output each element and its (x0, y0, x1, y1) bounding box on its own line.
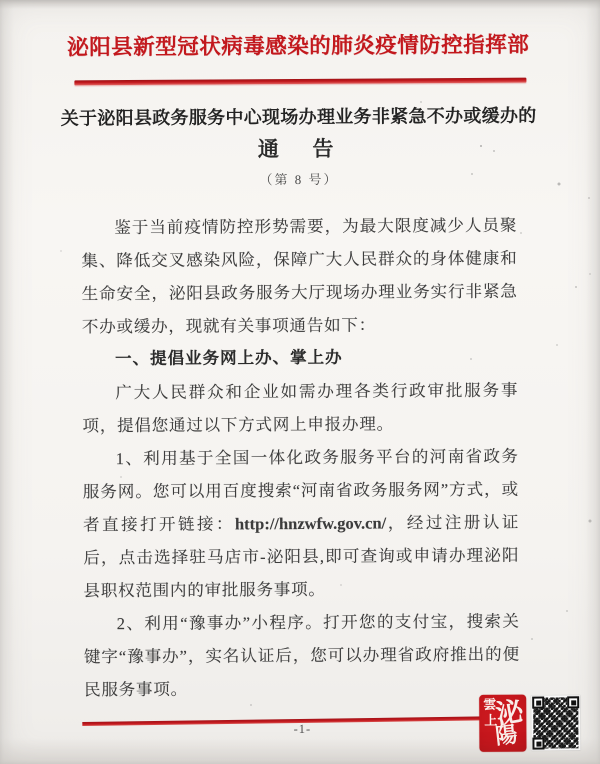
qr-code-icon (531, 695, 580, 750)
doc-body: 鉴于当前疫情防控形势需要，为最大限度减少人员聚集、降低交叉感染风险，保障广大人民… (81, 209, 520, 707)
yunshang-biyang-stamp-icon: 雲 上 泌 陽 (479, 695, 526, 752)
header-divider (74, 78, 526, 86)
service-portal-url: http://hnzwfw.gov.cn/ (235, 513, 386, 533)
doc-title: 关于泌阳县政务服务中心现场办理业务非紧急不办或缓办的 (0, 101, 599, 131)
doc-issue-number: （第 8 号） (0, 167, 599, 190)
qr-finder-top-right (567, 696, 579, 708)
header-org-title: 泌阳县新型冠状病毒感染的肺炎疫情防控指挥部 (0, 27, 598, 62)
qr-finder-top-left (532, 697, 544, 709)
qr-finder-bottom-left (532, 738, 544, 750)
scan-content: 泌阳县新型冠状病毒感染的肺炎疫情防控指挥部 关于泌阳县政务服务中心现场办理业务非… (0, 0, 600, 764)
paragraph-method-2: 2、利用“豫事办”小程序。打开您的支付宝，搜索关键字“豫事办”，实名认证后，您可… (84, 605, 521, 707)
stamp-char-4: 陽 (494, 724, 518, 748)
doc-subtitle: 通 告 (0, 131, 599, 165)
paragraph-method-1: 1、利用基于全国一体化政务服务平台的河南省政务服务网。您可以用百度搜索“河南省政… (83, 440, 520, 608)
document-page: 泌阳县新型冠状病毒感染的肺炎疫情防控指挥部 关于泌阳县政务服务中心现场办理业务非… (0, 0, 600, 764)
section-1-heading: 一、提倡业务网上办、掌上办 (82, 341, 518, 377)
paragraph-intro: 鉴于当前疫情防控形势需要，为最大限度减少人员聚集、降低交叉感染风险，保障广大人民… (81, 209, 518, 344)
paragraph-online-guide: 广大人民群众和企业如需办理各类行政审批服务事项，提倡您通过以下方式网上申报办理。 (82, 374, 518, 443)
